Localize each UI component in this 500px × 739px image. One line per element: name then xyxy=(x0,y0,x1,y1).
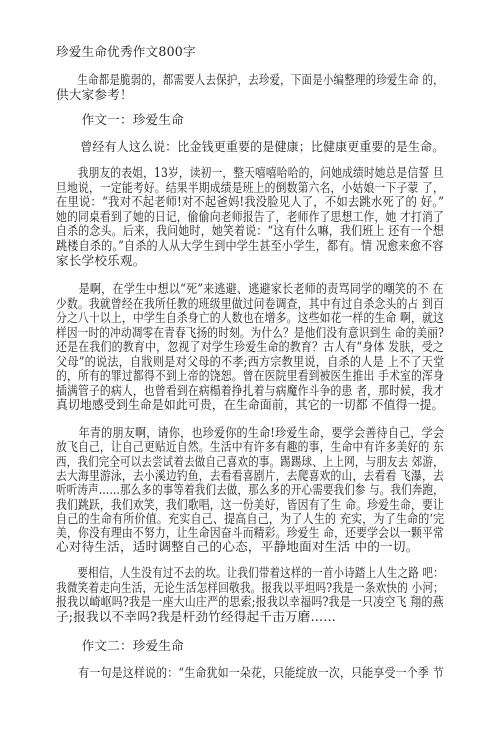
paragraph-line: 我们跳跃，我们欢笑，我们歌唱，这一份美好，皆因有了生 命。珍爱生命，要让 xyxy=(56,498,444,512)
document-page: 珍爱生命优秀作文800字 生命都是脆弱的，都需要人去保护，去珍爱，下面是小编整理… xyxy=(0,0,500,739)
paragraph-line: 年青的朋友啊，请你，也珍爱你的生命!珍爱生命，要学会善待自己，学会 xyxy=(56,426,444,440)
paragraph-line: 旦地说，一定能考好。结果半期成绩是班上的倒数第六名，小姑娘一下子蒙 了， xyxy=(56,181,444,195)
paragraph-line: 还是在我们的教育中，忽视了对学生珍爱生命的教育？古人有“身体 发肤，受之 xyxy=(56,340,444,354)
section-heading: 作文二：珍爱生命 xyxy=(56,639,184,653)
paragraph-line: 供大家参考！ xyxy=(56,88,133,102)
paragraph-line: 我微笑着走向生活，无论生活怎样回敬我。报我以平坦吗?我是一条欢快的 小河； xyxy=(56,581,444,595)
paragraph-line: 曾经有人这么说：比金钱更重要的是健康；比健康更重要的是生命。 xyxy=(56,140,444,154)
paragraph-line: 的，所有的罪过都得不到上帝的饶恕。曾在医院里看到被医生推出 手术室的浑身 xyxy=(56,369,444,383)
paragraph-line: 分之八十以上，中学生自杀身亡的人数也在增多。这些如花一样的生命 啊，就这 xyxy=(56,311,444,325)
paragraph-line: 父母”的说法，自戕则是对父母的不孝;西方宗教里说，自杀的人是 上不了天堂 xyxy=(56,355,444,369)
document-title: 珍爱生命优秀作文800字 xyxy=(56,45,196,59)
paragraph-line: 要相信，人生没有过不去的坎。让我们带着这样的一首小诗踏上人生之路 吧： xyxy=(56,566,444,580)
paragraph-line: 美，你没有理由不努力，让生命因奋斗而精彩。珍爱生 命，还要学会以一颗平常 xyxy=(56,526,444,540)
paragraph-line: 在里说：“我对不起老师!对不起爸妈!我没脸见人了，不如去跳水死了的 好。” xyxy=(56,195,444,209)
paragraph-line: 真切地感受到生命是如此可贵，在生命面前，其它的一切都 不值得一提。 xyxy=(56,398,444,412)
paragraph-line: 样因一时的冲动凋零在青春飞扬的时刻。为什么？是他们没有意识到生 命的美丽? xyxy=(56,326,444,340)
paragraph-line: 有一句是这样说的：“生命犹如一朵花，只能绽放一次，只能享受一个季 节 xyxy=(56,666,444,680)
paragraph-line: 少数。我就曾经在我所任教的班级里做过问卷调查，其中有过自杀念头的占 到百 xyxy=(56,297,444,311)
paragraph-line: 西，我们完全可以去尝试着去做自己喜欢的事。踢踢球、上上网，与朋友去 郊游， xyxy=(56,455,444,469)
paragraph-line: 我朋友的表姐，13岁，读初一，整天嘻嘻哈哈的，问她成绩时她总是信誓 旦 xyxy=(56,166,444,180)
paragraph-line: 插满管子的病人，也曾看到在病榻着挣扎着与病魔作斗争的患 者，那时候，我才 xyxy=(56,384,444,398)
paragraph-line: 子;报我以不幸吗?我是杆劲竹经得起千击万磨…… xyxy=(56,610,336,624)
paragraph-line: 听听涛声……那么多的事等着我们去做，那么多的开心需要我们参 与。我们奔跑， xyxy=(56,483,444,497)
paragraph-line: 心对待生活，适时调整自己的心态，平静地面对生活 中的一切。 xyxy=(56,540,418,554)
paragraph-line: 自己的生命有所价值。充实自己、提高自己，为了人生的 充实，为了生命的‘完 xyxy=(56,512,444,526)
paragraph-line: 生命都是脆弱的，都需要人去保护，去珍爱，下面是小编整理的珍爱生命 的， xyxy=(56,73,444,87)
paragraph-line: 报我以崎岖吗?我是一座大山庄严的思索;报我以幸福吗?我是一只凌空飞 翔的燕 xyxy=(56,595,444,609)
paragraph-line: 是啊，在学生中想以“死”来逃避、逃避家长老师的责骂同学的嘲笑的不 在 xyxy=(56,282,444,296)
paragraph-line: 家长学校乐观。 xyxy=(56,254,146,268)
paragraph-line: 自杀的念头。后来，我问她时，她笑着说：“这有什么嘛，我们班上 还有一个想 xyxy=(56,224,444,238)
paragraph-line: 放飞自己，让自己更贴近自然。生活中有许多有趣的事，生命中有许多美好的 东 xyxy=(56,440,444,454)
paragraph-line: 她的同桌看到了她的日记，偷偷向老师报告了，老师作了思想工作，她 才打消了 xyxy=(56,210,444,224)
paragraph-line: 跳楼自杀的。”自杀的人从大学生到中学生甚至小学生，都有。情 况愈来愈不容 xyxy=(56,239,444,253)
paragraph-line: 去大海里游泳，去小溪边钓鱼，去看看喜剧片，去爬喜欢的山，去看看 飞瀑，去 xyxy=(56,469,444,483)
section-heading: 作文一：珍爱生命 xyxy=(56,113,184,127)
